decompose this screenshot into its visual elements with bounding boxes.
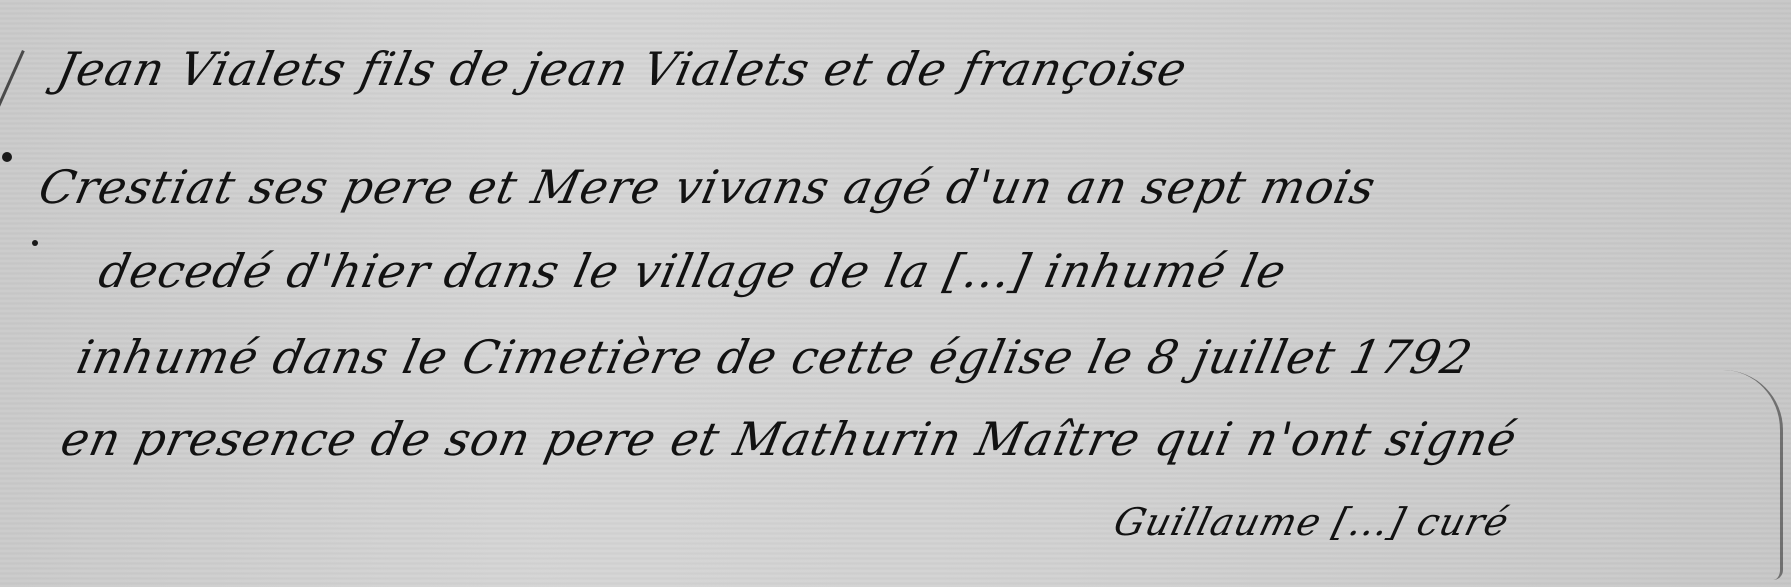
page-edge-stroke: [1720, 370, 1783, 580]
record-line-4: inhumé dans le Cimetière de cette église…: [72, 330, 1477, 384]
record-line-2: Crestiat ses pere et Mere vivans agé d'u…: [34, 160, 1381, 214]
record-line-5: en presence de son pere et Mathurin Maît…: [56, 412, 1522, 466]
record-line-3: decedé d'hier dans le village de la [...…: [94, 244, 1291, 298]
ink-blot: [2, 152, 12, 162]
priest-signature: Guillaume [...] curé: [1110, 500, 1514, 544]
scanned-manuscript-page: Jean Vialets fils de jean Vialets et de …: [0, 0, 1791, 587]
ink-blot: [32, 240, 38, 246]
record-line-1: Jean Vialets fils de jean Vialets et de …: [52, 42, 1192, 96]
